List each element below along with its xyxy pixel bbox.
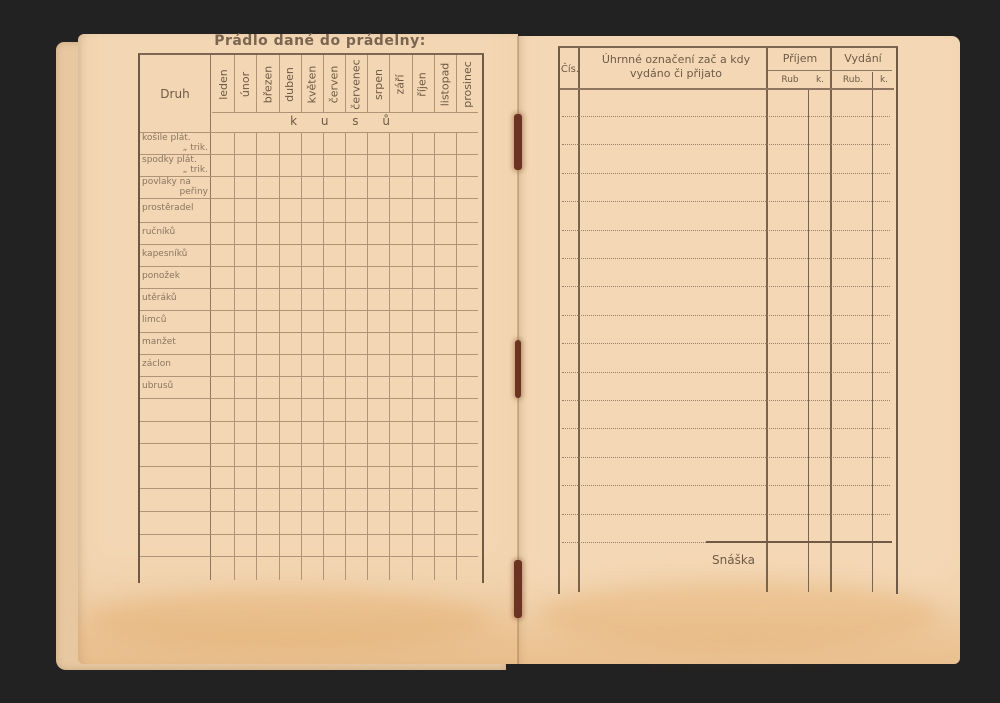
month-header: duben: [279, 56, 301, 112]
grid-line: [140, 488, 478, 489]
grid-line: [345, 132, 346, 580]
ledger-row-line: [562, 230, 890, 231]
ledger-table: [558, 46, 898, 594]
month-header: říjen: [412, 56, 434, 112]
row-sublabel-text: peřiny: [142, 187, 208, 197]
row-label-text: ručníků: [142, 227, 208, 237]
month-label: prosinec: [460, 61, 473, 108]
grid-line: [140, 222, 478, 223]
month-label: červenec: [350, 59, 363, 109]
row-label-text: záclon: [142, 359, 208, 369]
row-label-text: kapesníků: [142, 249, 208, 259]
ledger-row-line: [562, 116, 890, 117]
grid-line: [140, 266, 478, 267]
grid-line: [140, 398, 478, 399]
unit-label: k u s ů: [212, 114, 478, 128]
grid-line: [434, 55, 435, 112]
column-header-expense: Vydání: [833, 52, 893, 65]
month-label: březen: [261, 65, 274, 103]
grid-line: [140, 376, 478, 377]
month-label: listopad: [438, 62, 451, 106]
grid-line: [140, 198, 478, 199]
grid-line: [301, 132, 302, 580]
grid-line: [140, 466, 478, 467]
row-label-text: limců: [142, 315, 208, 325]
grid-line: [140, 332, 478, 333]
column-divider: [808, 88, 809, 592]
grid-line: [256, 55, 257, 112]
ledger-row-line: [562, 485, 890, 486]
column-header-druh: Druh: [140, 55, 210, 133]
grid-line: [456, 132, 457, 580]
ledger-row-line: [562, 514, 890, 515]
grid-line: [210, 55, 211, 580]
ledger-row-line: [562, 201, 890, 202]
grid-line: [434, 132, 435, 580]
grid-line: [345, 55, 346, 112]
grid-line: [456, 55, 457, 112]
expense-rub-header: Rub.: [834, 75, 872, 85]
ledger-row-line: [562, 428, 890, 429]
row-label-2: spodky plát.„ trik.: [142, 155, 208, 175]
grid-line: [140, 288, 478, 289]
month-header: únor: [234, 56, 256, 112]
row-label-text: povlaky na: [142, 177, 208, 187]
header-divider: [560, 88, 894, 90]
month-header: prosinec: [456, 56, 478, 112]
expense-kop-header: k.: [874, 75, 894, 85]
binding-stitch-middle: [515, 340, 521, 398]
row-label-12: ubrusů: [142, 381, 208, 391]
month-header: červen: [323, 56, 345, 112]
grid-line: [279, 132, 280, 580]
month-label: leden: [217, 69, 230, 100]
ledger-row-line: [562, 343, 890, 344]
row-label-6: kapesníků: [142, 249, 208, 259]
grid-line: [389, 55, 390, 112]
month-label: září: [394, 74, 407, 94]
row-sublabel-text: „ trik.: [142, 165, 208, 175]
ledger-row-line: [562, 258, 890, 259]
month-label: červen: [327, 65, 340, 103]
column-divider: [766, 48, 768, 592]
month-header: květen: [301, 56, 323, 112]
grid-line: [140, 511, 478, 512]
total-label: Snáška: [712, 553, 755, 567]
ledger-row-line: [562, 173, 890, 174]
ledger-row-line: [562, 372, 890, 373]
income-kop-header: k.: [810, 75, 830, 85]
grid-line: [256, 132, 257, 580]
grid-line: [140, 443, 478, 444]
grid-line: [412, 55, 413, 112]
grid-line: [389, 132, 390, 580]
grid-line: [323, 132, 324, 580]
month-label: únor: [239, 71, 252, 96]
grid-line: [301, 55, 302, 112]
month-header: leden: [212, 56, 234, 112]
row-label-3: povlaky napeřiny: [142, 177, 208, 197]
row-label-text: ubrusů: [142, 381, 208, 391]
grid-line: [367, 132, 368, 580]
ledger-row-line: [562, 144, 890, 145]
row-label-10: manžet: [142, 337, 208, 347]
month-label: srpen: [372, 69, 385, 100]
row-label-text: ponožek: [142, 271, 208, 281]
ledger-row-line: [562, 457, 890, 458]
month-label: květen: [305, 65, 318, 103]
row-label-text: utěráků: [142, 293, 208, 303]
grid-line: [412, 132, 413, 580]
row-label-4: prostěradel: [142, 203, 208, 213]
month-header: červenec: [345, 56, 367, 112]
grid-line: [367, 55, 368, 112]
row-sublabel-text: „ trik.: [142, 143, 208, 153]
month-header: březen: [256, 56, 278, 112]
column-header-number: Čís.: [560, 64, 580, 75]
row-label-7: ponožek: [142, 271, 208, 281]
row-label-11: záclon: [142, 359, 208, 369]
grid-line: [140, 556, 478, 557]
column-divider: [830, 48, 832, 592]
month-header: srpen: [367, 56, 389, 112]
row-label-text: prostěradel: [142, 203, 208, 213]
row-label-text: košile plát.: [142, 133, 208, 143]
row-label-text: manžet: [142, 337, 208, 347]
grid-line: [140, 354, 478, 355]
ledger-row-line: [562, 400, 890, 401]
grid-line: [279, 55, 280, 112]
month-label: říjen: [416, 72, 429, 96]
grid-line: [140, 421, 478, 422]
row-label-8: utěráků: [142, 293, 208, 303]
page-title: Prádlo dané do prádelny:: [170, 33, 470, 49]
row-label-9: limců: [142, 315, 208, 325]
total-divider: [706, 541, 892, 543]
grid-line: [140, 244, 478, 245]
month-header: září: [389, 56, 411, 112]
row-label-text: spodky plát.: [142, 155, 208, 165]
header-divider: [768, 70, 892, 71]
column-header-description: Úhrnné označení zač a kdy vydáno či přij…: [586, 53, 766, 81]
grid-line: [140, 310, 478, 311]
column-divider: [578, 48, 580, 592]
column-header-income: Příjem: [770, 52, 830, 65]
grid-line: [140, 534, 478, 535]
month-label: duben: [283, 67, 296, 102]
income-rub-header: Rub: [772, 75, 808, 85]
water-stain: [90, 590, 490, 650]
binding-stitch-bottom: [514, 560, 522, 618]
binding-stitch-top: [514, 114, 522, 170]
ledger-row-line: [562, 286, 890, 287]
ledger-row-line: [562, 315, 890, 316]
row-label-5: ručníků: [142, 227, 208, 237]
grid-line: [212, 112, 478, 113]
row-label-1: košile plát.„ trik.: [142, 133, 208, 153]
grid-line: [234, 55, 235, 112]
grid-line: [234, 132, 235, 580]
month-header: listopad: [434, 56, 456, 112]
grid-line: [323, 55, 324, 112]
